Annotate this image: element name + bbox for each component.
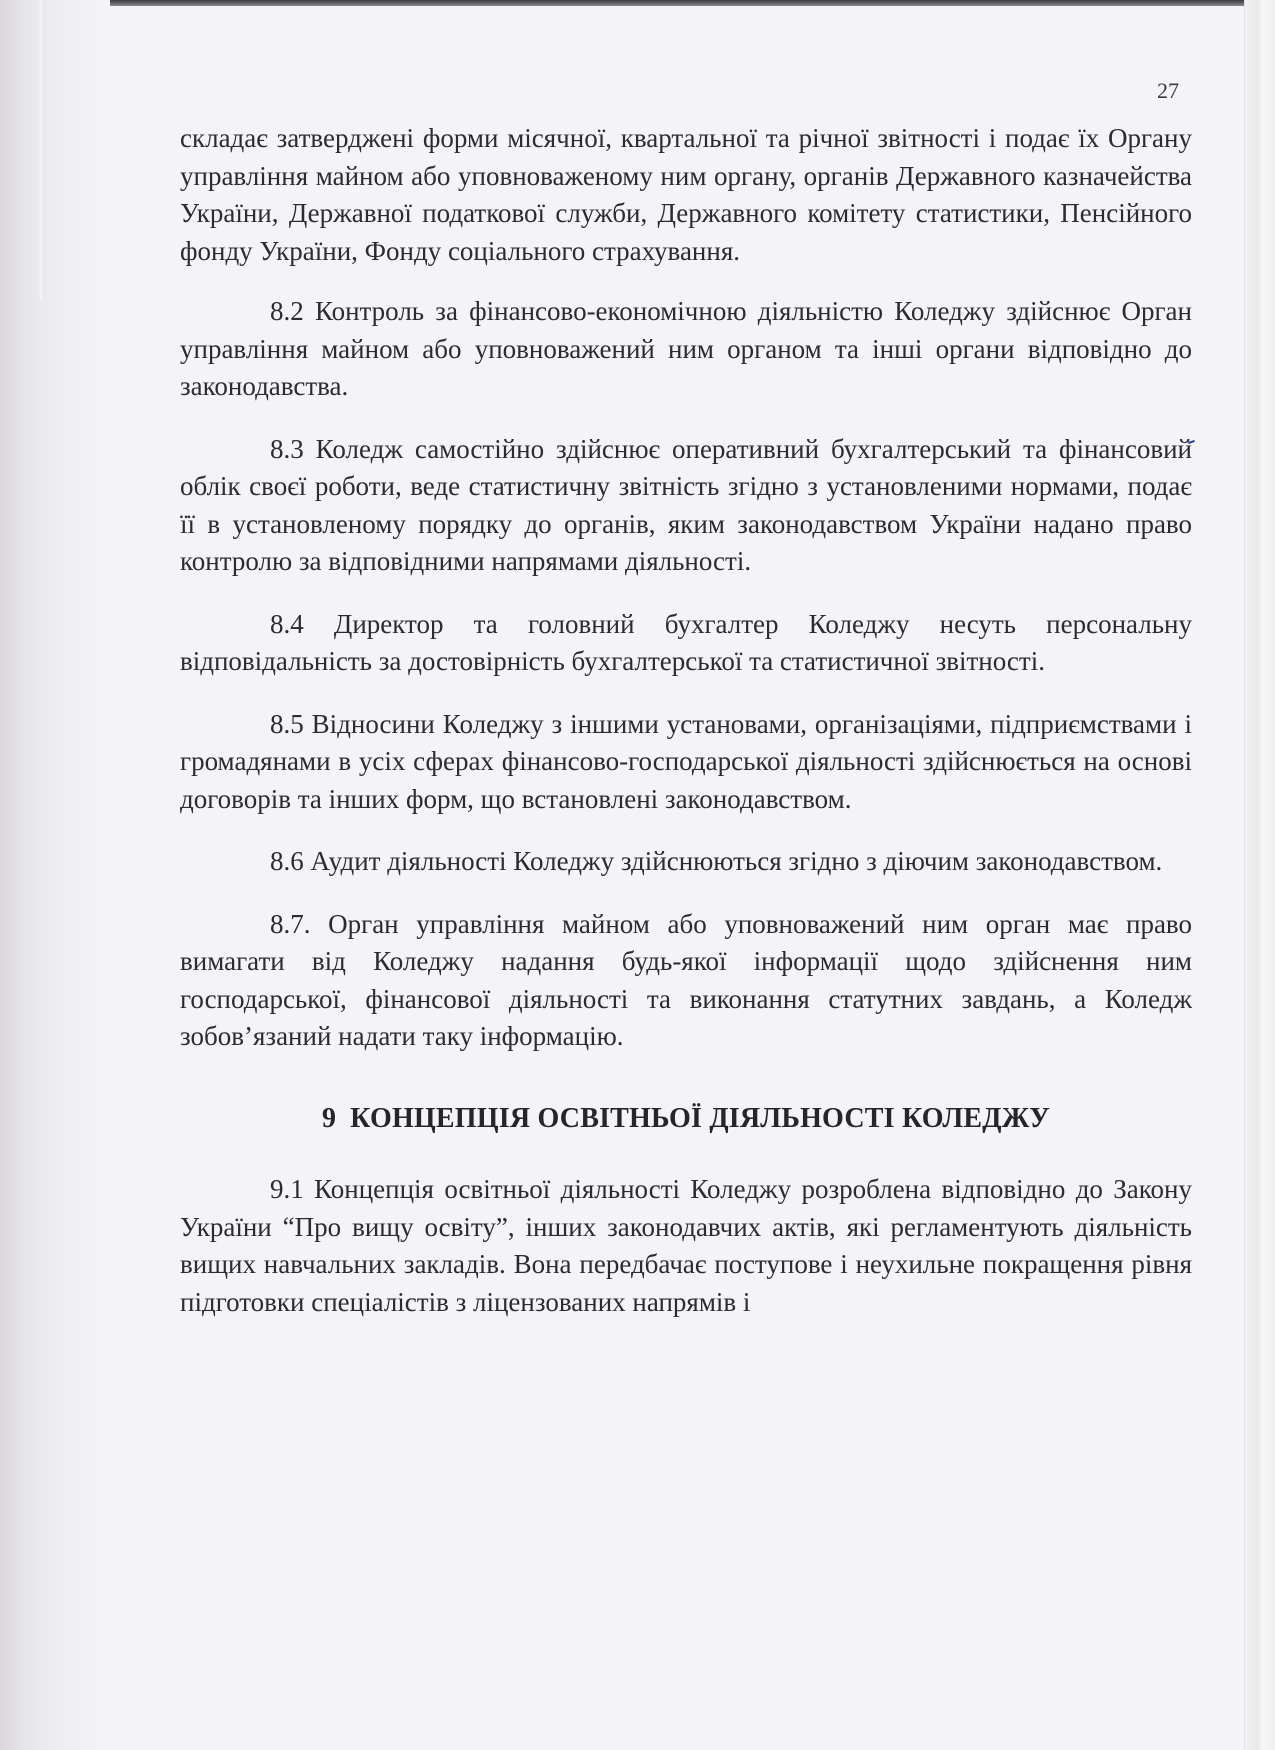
book-spine-shadow <box>0 0 110 1750</box>
paragraph-8-4: 8.4 Директор та головний бухгалтер Колед… <box>180 606 1192 681</box>
paragraph-8-3: 8.3 Коледж самостійно здійснює оперативн… <box>180 431 1192 581</box>
page-fold-highlight <box>38 0 44 300</box>
paragraph-8-1-continued: складає затверджені форми місячної, квар… <box>180 120 1192 270</box>
page-right-edge <box>1244 0 1275 1750</box>
paragraph-8-2: 8.2 Контроль за фінансово-економічною ді… <box>180 293 1192 406</box>
scan-top-edge <box>0 0 1275 6</box>
section-9-heading: 9КОНЦЕПЦІЯ ОСВІТНЬОЇ ДІЯЛЬНОСТІ КОЛЕДЖУ <box>180 1100 1192 1138</box>
paragraph-9-1: 9.1 Концепція освітньої діяльності Колед… <box>180 1171 1192 1321</box>
paragraph-8-6: 8.6 Аудит діяльності Коледжу здійснюютьс… <box>180 843 1192 881</box>
section-9-title: КОНЦЕПЦІЯ ОСВІТНЬОЇ ДІЯЛЬНОСТІ КОЛЕДЖУ <box>350 1103 1050 1134</box>
section-9-number: 9 <box>322 1103 336 1134</box>
page-number: 27 <box>1157 78 1179 104</box>
paragraph-8-7: 8.7. Орган управління майном або уповнов… <box>180 906 1192 1056</box>
paragraph-8-5: 8.5 Відносини Коледжу з іншими установам… <box>180 706 1192 819</box>
document-body: складає затверджені форми місячної, квар… <box>180 120 1192 1346</box>
